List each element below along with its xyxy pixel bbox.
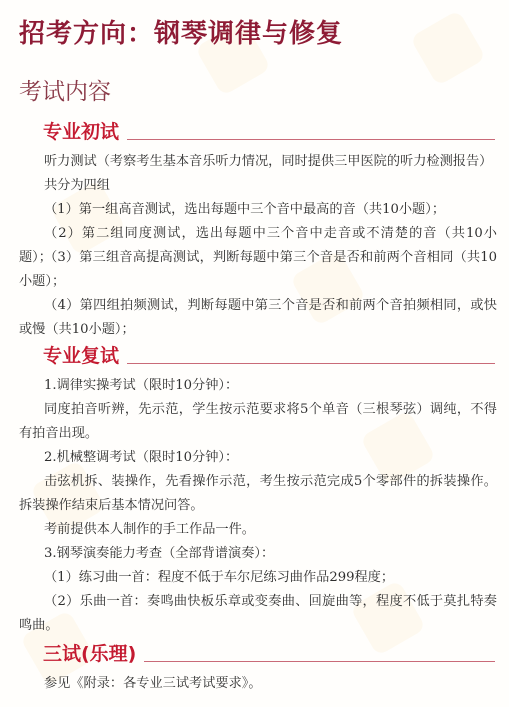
paragraph: （1）练习曲一首：程度不低于车尔尼练习曲作品299程度； [19,566,497,590]
paragraph: （2）乐曲一首：奏鸣曲快板乐章或变奏曲、回旋曲等，程度不低于莫扎特奏鸣曲。 [19,590,497,638]
paragraph: 共分为四组 [19,174,497,198]
paragraph: 1.调律实操考试（限时10分钟）： [19,374,497,398]
paragraph: 2.机械整调考试（限时10分钟）： [19,446,497,470]
section-heading-label: 专业复试 [43,344,119,368]
section-heading-third-test: 三试(乐理) [43,640,495,666]
page-title: 招考方向：钢琴调律与修复 [19,13,343,50]
watermark-tile [410,10,486,86]
page-subtitle: 考试内容 [19,73,111,106]
paragraph: （3）第三组音高提高测试，判断每题中第三个音是否和前两个音相同（共10小题）； [19,246,497,294]
paragraph: 同度拍音听辨，先示范，学生按示范要求将5个单音（三根琴弦）调纯，不得有拍音出现。 [19,398,497,446]
paragraph: 参见《附录：各专业三试考试要求》。 [19,672,497,696]
paragraph: （1）第一组高音测试，选出每题中三个音中最高的音（共10小题）； [19,198,497,222]
paragraph: 3.钢琴演奏能力考查（全部背谱演奏）： [19,542,497,566]
section-heading-preliminary: 专业初试 [43,118,495,144]
section-heading-label: 专业初试 [43,120,119,144]
section-divider [144,661,495,662]
paragraph: （4）第四组拍频测试，判断每题中第三个音是否和前两个音拍频相同，或快或慢（共10… [19,294,497,342]
section-heading-retest: 专业复试 [43,342,495,368]
section-divider [127,363,495,364]
paragraph: 考前提供本人制作的手工作品一件。 [19,518,497,542]
section-heading-label: 三试(乐理) [43,642,136,666]
paragraph: 击弦机拆、装操作，先看操作示范，考生按示范完成5个零部件的拆装操作。拆装操作结束… [19,470,497,518]
paragraph: 听力测试（考察考生基本音乐听力情况，同时提供三甲医院的听力检测报告） [19,150,497,174]
section-divider [127,139,495,140]
